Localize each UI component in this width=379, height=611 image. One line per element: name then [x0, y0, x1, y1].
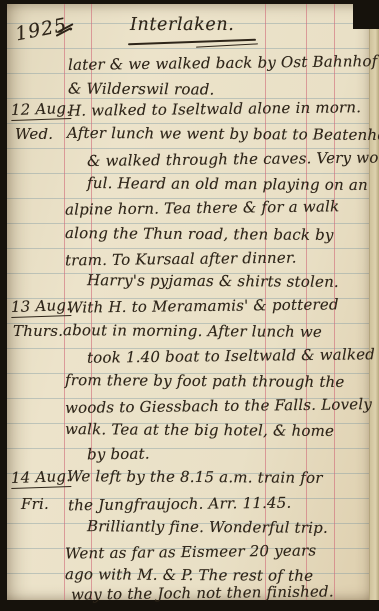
journal-line: way to the Joch not then finished.	[71, 581, 334, 604]
journal-line: We left by the 8.15 a.m. train for	[67, 466, 323, 488]
journal-line: the Jungfraujoch. Arr. 11.45.	[68, 493, 292, 516]
journal-line: ful. Heard an old man playing on an	[87, 173, 368, 195]
journal-line: tram. To Kursaal after dinner.	[65, 248, 297, 271]
journal-line: With H. to Meramamis' & pottered	[67, 294, 339, 317]
journal-line: alpine horn. Tea there & for a walk	[65, 196, 340, 219]
journal-line: After lunch we went by boat to Beatenhöh…	[67, 123, 379, 145]
journal-line: woods to Giessbach to the Falls. Lovely	[65, 394, 372, 418]
journal-line: Went as far as Eismeer 20 years	[65, 540, 317, 563]
entry-day: Wed.	[15, 124, 53, 144]
entry-date: 12 Aug.	[11, 99, 71, 120]
diary-photo: 1925. Interlaken. 12 Aug. Wed. 13 Aug. T…	[0, 0, 379, 611]
journal-line: Brilliantly fine. Wonderful trip.	[87, 516, 328, 538]
journal-line: & walked through the caves. Very wonder-	[87, 147, 379, 171]
journal-line: & Wilderswil road.	[68, 78, 215, 99]
page-title: Interlaken.	[130, 15, 234, 35]
page-edge-stack	[369, 26, 379, 600]
entry-date: 14 Aug.	[11, 467, 71, 488]
journal-line: from there by foot path through the	[65, 370, 345, 392]
entry-date: 13 Aug.	[11, 296, 71, 317]
journal-line: H. walked to Iseltwald alone in morn.	[68, 97, 361, 121]
journal-line: walk. Tea at the big hotel, & home	[65, 419, 334, 441]
journal-line: along the Thun road, then back by	[65, 223, 334, 245]
journal-line: by boat.	[87, 444, 150, 465]
journal-line: about in morning. After lunch we	[63, 320, 322, 342]
entry-day: Fri.	[21, 494, 49, 514]
entry-day: Thurs.	[13, 321, 63, 341]
journal-line: Harry's pyjamas & shirts stolen.	[87, 270, 339, 292]
journal-line: took 1.40 boat to Iseltwald & walked	[87, 344, 375, 368]
page-corner-shadow	[353, 0, 379, 29]
journal-line: later & we walked back by Ost Bahnhof	[68, 51, 378, 75]
